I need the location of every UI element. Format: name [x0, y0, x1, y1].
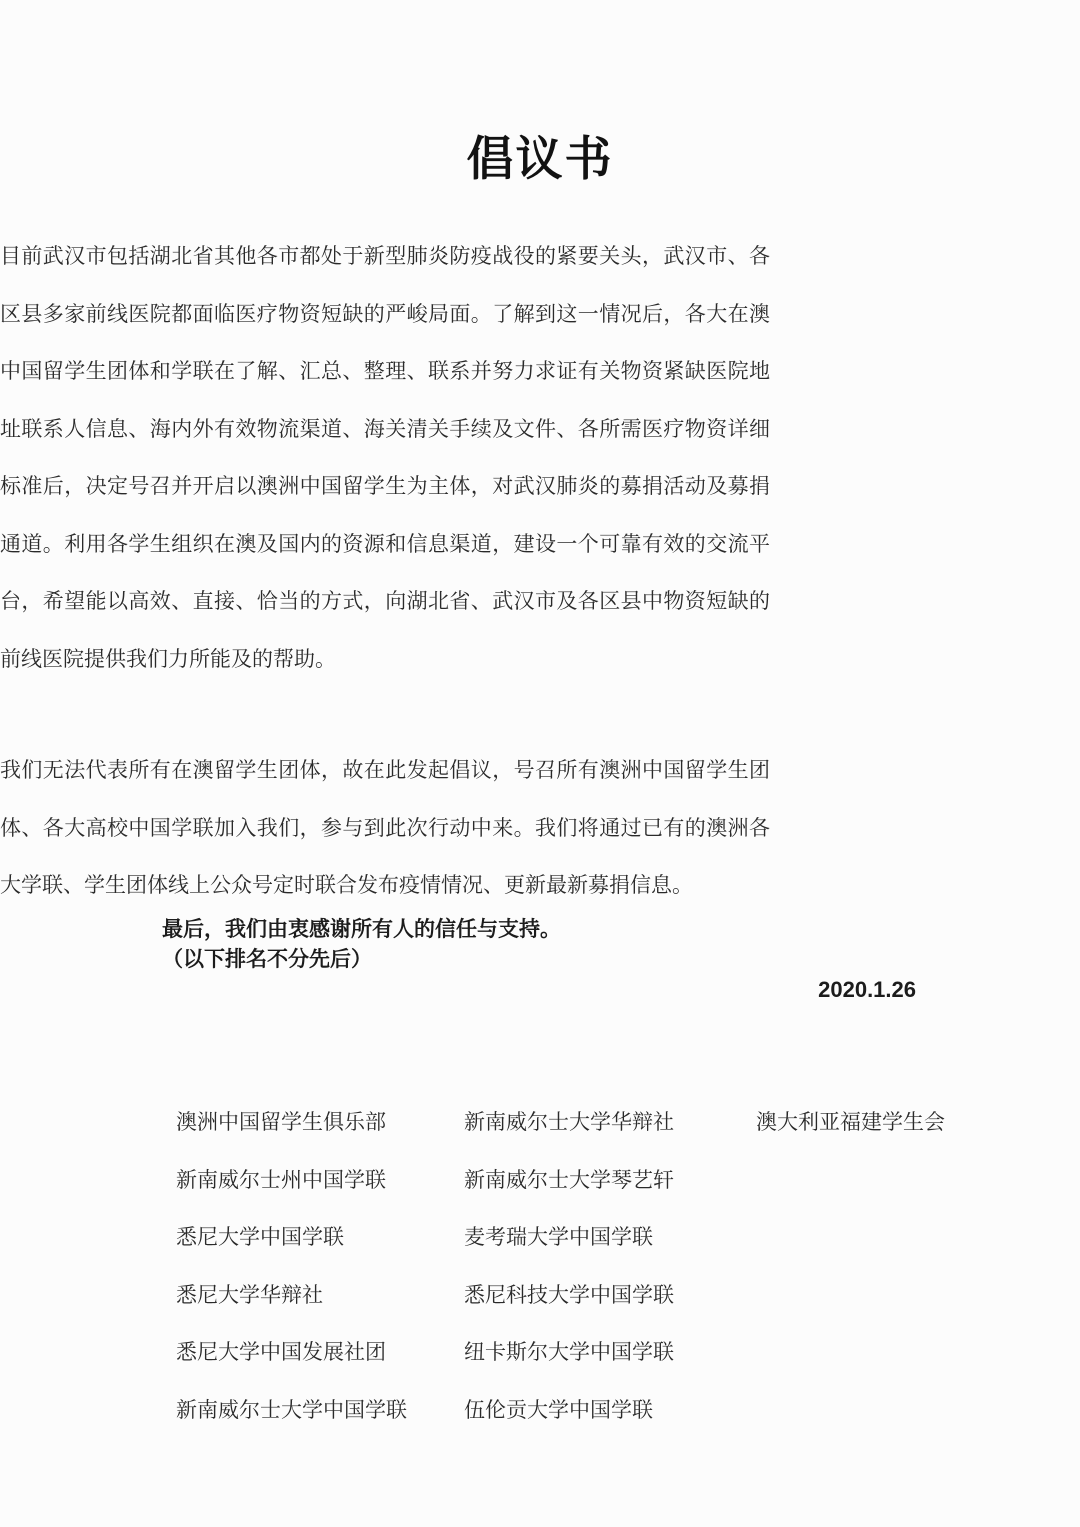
org-row: 悉尼大学中国学联 麦考瑞大学中国学联: [176, 1208, 996, 1266]
org-row: 新南威尔士州中国学联 新南威尔士大学琴艺轩: [176, 1150, 996, 1208]
org-name: 纽卡斯尔大学中国学联: [464, 1336, 756, 1366]
org-row: 新南威尔士大学中国学联 伍伦贡大学中国学联: [176, 1380, 996, 1438]
paragraph-call-to-action: 我们无法代表所有在澳留学生团体，故在此发起倡议，号召所有澳洲中国留学生团体、各大…: [0, 742, 770, 915]
org-row: 悉尼大学华辩社 悉尼科技大学中国学联: [176, 1265, 996, 1323]
org-name: 澳洲中国留学生俱乐部: [176, 1106, 464, 1136]
paragraph-situation: 目前武汉市包括湖北省其他各市都处于新型肺炎防疫战役的紧要关头，武汉市、各区县多家…: [0, 228, 770, 688]
org-name: 新南威尔士大学中国学联: [176, 1394, 464, 1424]
org-name: 悉尼大学中国发展社团: [176, 1336, 464, 1366]
organization-list: 澳洲中国留学生俱乐部 新南威尔士大学华辩社 澳大利亚福建学生会 新南威尔士州中国…: [176, 1093, 996, 1438]
org-name: 新南威尔士大学琴艺轩: [464, 1164, 756, 1194]
org-name: 澳大利亚福建学生会: [756, 1106, 996, 1136]
ranking-note: （以下排名不分先后）: [162, 945, 932, 975]
closing-section: 最后，我们由衷感谢所有人的信任与支持。 （以下排名不分先后） 2020.1.26: [162, 915, 932, 1005]
document-title: 倡议书: [0, 0, 1080, 190]
org-name: 新南威尔士州中国学联: [176, 1164, 464, 1194]
thanks-line: 最后，我们由衷感谢所有人的信任与支持。: [162, 915, 932, 945]
org-name: 伍伦贡大学中国学联: [464, 1394, 756, 1424]
org-name: 悉尼科技大学中国学联: [464, 1279, 756, 1309]
org-row: 悉尼大学中国发展社团 纽卡斯尔大学中国学联: [176, 1323, 996, 1381]
org-name: 新南威尔士大学华辩社: [464, 1106, 756, 1136]
date-line: 2020.1.26: [162, 975, 932, 1005]
org-row: 澳洲中国留学生俱乐部 新南威尔士大学华辩社 澳大利亚福建学生会: [176, 1093, 996, 1151]
org-name: 麦考瑞大学中国学联: [464, 1221, 756, 1251]
org-name: 悉尼大学华辩社: [176, 1279, 464, 1309]
document-page: 倡议书 目前武汉市包括湖北省其他各市都处于新型肺炎防疫战役的紧要关头，武汉市、各…: [0, 0, 1080, 1527]
org-name: 悉尼大学中国学联: [176, 1221, 464, 1251]
